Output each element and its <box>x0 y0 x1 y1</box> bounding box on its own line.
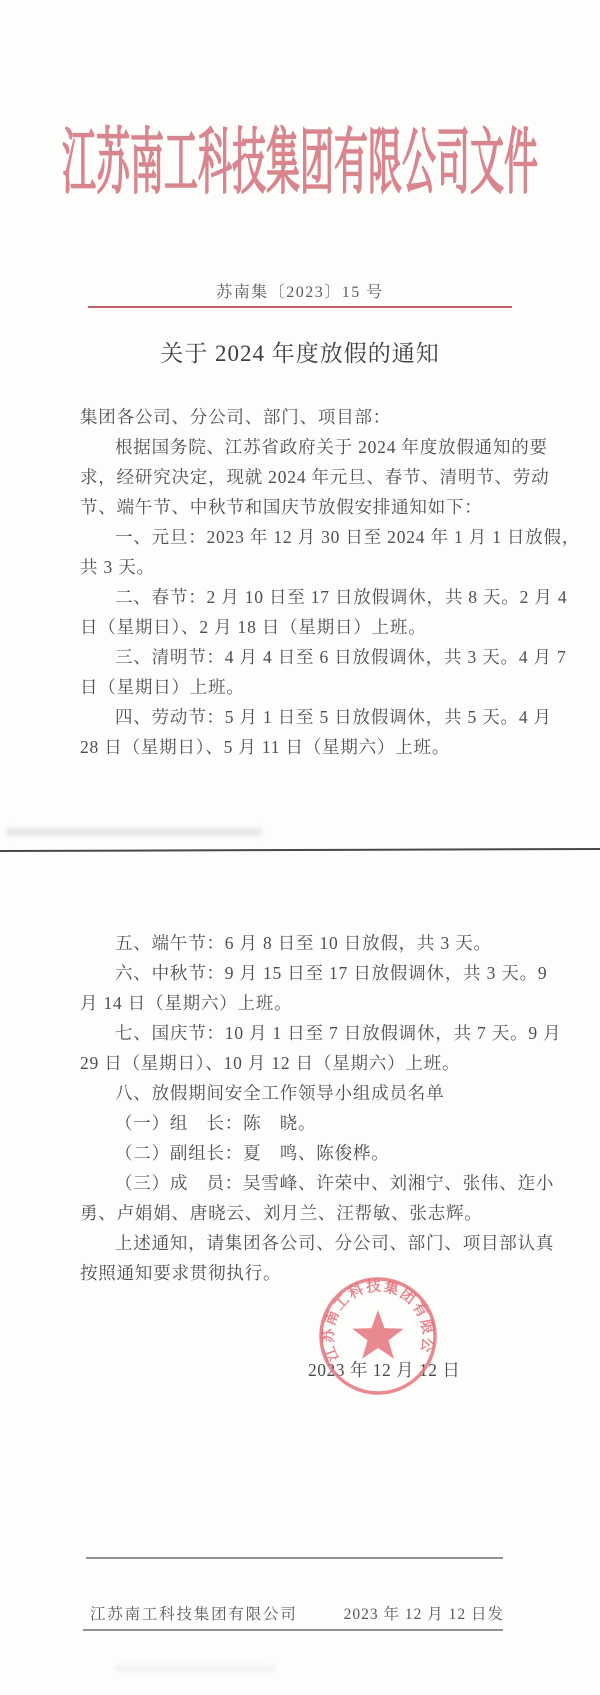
company-seal: 江苏南工科技集团有限公司 <box>316 1274 440 1398</box>
page2-body: 五、端午节：6 月 8 日至 10 日放假，共 3 天。六、中秋节：9 月 15… <box>80 928 520 1288</box>
body-line: 日（星期日）上班。 <box>80 672 520 702</box>
scanned-document: 江苏南工科技集团有限公司文件 苏南集〔2023〕15 号 关于 2024 年度放… <box>0 0 600 1695</box>
body-line: 28 日（星期日）、5 月 11 日（星期六）上班。 <box>80 732 520 762</box>
page1-body: 集团各公司、分公司、部门、项目部：根据国务院、江苏省政府关于 2024 年度放假… <box>80 402 520 762</box>
body-line: 八、放假期间安全工作领导小组成员名单 <box>80 1078 520 1108</box>
scan-artifact <box>115 1666 275 1671</box>
page-separator-line <box>0 848 600 852</box>
body-line: （二）副组长：夏 鸣、陈俊桦。 <box>80 1138 520 1168</box>
body-line: 三、清明节：4 月 4 日至 6 日放假调休，共 3 天。4 月 7 <box>80 642 520 672</box>
body-line: 集团各公司、分公司、部门、项目部： <box>80 402 520 432</box>
body-line: 共 3 天。 <box>80 552 520 582</box>
letterhead-rule <box>88 306 512 308</box>
body-line: 按照通知要求贯彻执行。 <box>80 1258 520 1288</box>
footer-rule-bottom <box>83 1629 503 1631</box>
body-line: 勇、卢娟娟、唐晓云、刘月兰、汪帮敏、张志辉。 <box>80 1198 520 1228</box>
body-line: （三）成 员：吴雪峰、许荣中、刘湘宁、张伟、迮小 <box>80 1168 520 1198</box>
body-line: 二、春节：2 月 10 日至 17 日放假调休，共 8 天。2 月 4 <box>80 582 520 612</box>
footer-rule-top <box>86 1557 503 1559</box>
body-line: 七、国庆节：10 月 1 日至 7 日放假调休，共 7 天。9 月 <box>80 1018 520 1048</box>
body-line: 六、中秋节：9 月 15 日至 17 日放假调休，共 3 天。9 <box>80 958 520 988</box>
document-title: 关于 2024 年度放假的通知 <box>0 340 600 367</box>
body-line: 上述通知，请集团各公司、分公司、部门、项目部认真 <box>80 1228 520 1258</box>
document-number: 苏南集〔2023〕15 号 <box>0 279 600 302</box>
body-line: 29 日（星期日）、10 月 12 日（星期六）上班。 <box>80 1048 520 1078</box>
body-line: 月 14 日（星期六）上班。 <box>80 988 520 1018</box>
body-line: 根据国务院、江苏省政府关于 2024 年度放假通知的要 <box>80 432 520 462</box>
footer-organization: 江苏南工科技集团有限公司 <box>90 1602 298 1624</box>
letterhead: 江苏南工科技集团有限公司文件 <box>0 128 600 204</box>
letterhead-title: 江苏南工科技集团有限公司文件 <box>62 130 538 202</box>
body-line: 节、端午节、中秋节和国庆节放假安排通知如下： <box>80 492 520 522</box>
seal-star-icon <box>352 1310 403 1359</box>
body-line: 一、元旦：2023 年 12 月 30 日至 2024 年 1 月 1 日放假， <box>80 522 520 552</box>
body-line: （一）组 长：陈 晓。 <box>80 1108 520 1138</box>
body-line: 日（星期日）、2 月 18 日（星期日）上班。 <box>80 612 520 642</box>
body-line: 求，经研究决定，现就 2024 年元旦、春节、清明节、劳动 <box>80 462 520 492</box>
body-line: 四、劳动节：5 月 1 日至 5 日放假调休，共 5 天。4 月 <box>80 702 520 732</box>
body-line: 五、端午节：6 月 8 日至 10 日放假，共 3 天。 <box>80 928 520 958</box>
scan-artifact <box>6 828 262 836</box>
footer-issue-date: 2023 年 12 月 12 日发 <box>344 1602 504 1624</box>
